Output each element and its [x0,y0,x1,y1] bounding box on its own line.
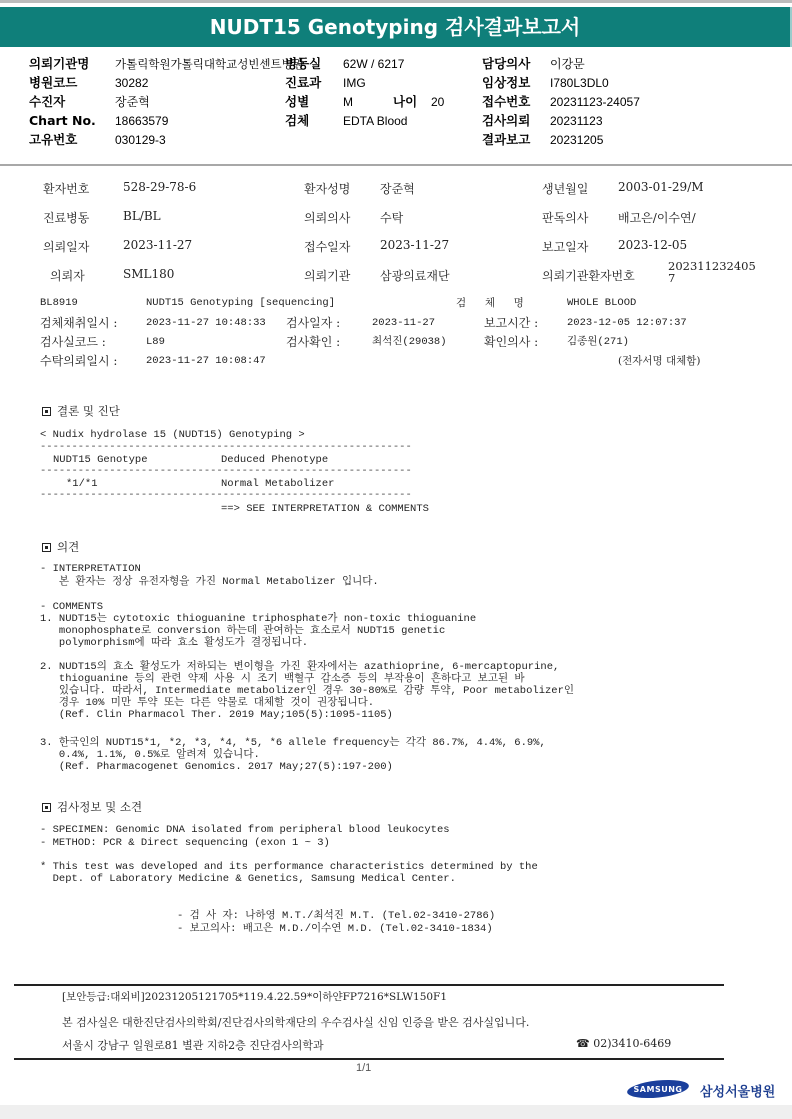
value-test-confirm: 최석진(29038) [372,336,447,348]
lab-address: 서울시 강남구 일원로81 별관 지하2층 진단검사의학과 [62,1037,324,1053]
value-examinee: 장준혁 [115,95,150,109]
esign-note: (전자서명 대체함) [618,355,701,367]
value-requesting-org: 삼광의료재단 [380,267,450,284]
phone: ☎ 02)3410-6469 [576,1037,671,1050]
value-ward-code: BL/BL [123,209,161,223]
label-ward-code: 진료병동 [43,209,89,226]
value-institution: 가톨릭학원가톨릭대학교성빈센트병원 [115,59,304,71]
value-consign-time: 2023-11-27 10:08:47 [146,355,266,367]
square-bullet-icon [42,803,51,812]
value-ward: 62W / 6217 [343,57,404,71]
dash-line: ----------------------------------------… [40,489,412,501]
label-clinical-info: 임상정보 [482,74,550,92]
samsung-logo-icon: SAMSUNG [626,1079,690,1099]
label-report-day: 보고일자 [542,238,588,255]
value-requester: SML180 [123,267,174,281]
test-code: BL8919 [40,297,78,309]
header-col1: 의뢰기관명가톨릭학원가톨릭대학교성빈센트병원 병원코드30282 수진자장준혁 … [29,55,329,150]
result-subtitle: < Nudix hydrolase 15 (NUDT15) Genotyping… [40,429,305,441]
label-ward: 병동실 [285,55,343,73]
value-receipt-no: 20231123-24057 [550,95,640,109]
value-org-patient-no: 202311232405 7 [668,260,756,284]
value-report-date: 20231205 [550,133,603,147]
test-note: * This test was developed and its perfor… [40,861,538,885]
value-confirm-doctor: 김종원(271) [567,336,629,348]
header-col3: 담당의사이강문 임상정보I780L3DL0 접수번호20231123-24057… [482,55,782,150]
value-hospital-code: 30282 [115,76,148,90]
label-examinee: 수진자 [29,93,115,111]
value-specimen-name: WHOLE BLOOD [567,297,636,309]
label-requester: 의뢰자 [50,267,85,284]
dash-line: ----------------------------------------… [40,465,412,477]
footer-top-line [14,984,724,986]
interpretation-text: 본 환자는 정상 유전자형을 가진 Normal Metabolizer 입니다… [40,576,379,588]
label-chart-no: Chart No. [29,112,115,130]
label-specimen-name: 검 체 명 [456,297,524,309]
reporter-info: - 보고의사: 배고은 M.D./이수연 M.D. (Tel.02-3410-1… [177,923,493,935]
header-divider [0,164,792,166]
section-opinion-title: 의견 [57,540,79,554]
footer-bottom-line [14,1058,724,1060]
label-confirm-doctor: 확인의사 : [484,336,538,348]
comment-1: 1. NUDT15는 cytotoxic thioguanine triphos… [40,613,476,649]
phone-number: 02)3410-6469 [593,1037,671,1050]
value-birthdate: 2003-01-29/M [618,180,704,194]
label-lab-code: 검사실코드 : [40,336,106,348]
section-result: 결론 및 진단 [42,403,120,419]
comment-3: 3. 한국인의 NUDT15*1, *2, *3, *4, *5, *6 all… [40,737,546,773]
label-patient-no: 환자번호 [43,180,89,197]
label-sex: 성별 [285,93,343,111]
value-reading-doctor: 배고은/이수연/ [618,209,696,226]
section-opinion: 의견 [42,539,79,555]
test-name: NUDT15 Genotyping [sequencing] [146,297,335,309]
value-referring-doctor: 수탁 [380,209,403,226]
label-requesting-org: 의뢰기관 [304,267,350,284]
value-clinical-info: I780L3DL0 [550,76,609,90]
value-age: 20 [431,95,444,109]
label-test-date: 검사일자 : [286,317,340,329]
value-collect-time: 2023-11-27 10:48:33 [146,317,266,329]
comments-head: - COMMENTS [40,601,103,613]
value-patient-no: 528-29-78-6 [123,180,196,194]
see-interpretation: ==> SEE INTERPRETATION & COMMENTS [221,503,429,515]
value-report-time: 2023-12-05 12:07:37 [567,317,687,329]
section-info: 검사정보 및 소견 [42,799,142,815]
label-receive-date: 접수일자 [304,238,350,255]
label-receipt-no: 접수번호 [482,93,550,111]
dash-line: ----------------------------------------… [40,441,412,453]
label-collect-time: 검체채취일시 : [40,317,117,329]
label-order-date: 의뢰일자 [43,238,89,255]
label-reading-doctor: 판독의사 [542,209,588,226]
value-department: IMG [343,76,366,90]
method-info: - METHOD: PCR & Direct sequencing (exon … [40,837,330,849]
label-birthdate: 생년월일 [542,180,588,197]
comment-2: 2. NUDT15의 효소 활성도가 저하되는 변이형을 가진 환자에서는 az… [40,661,574,721]
phone-icon: ☎ [576,1037,590,1050]
label-department: 진료과 [285,74,343,92]
label-org-patient-no: 의뢰기관환자번호 [542,267,635,284]
value-report-day: 2023-12-05 [618,238,687,252]
value-unique-no: 030129-3 [115,133,166,147]
section-info-title: 검사정보 및 소견 [57,800,142,814]
label-report-time: 보고시간 : [484,317,538,329]
label-test-confirm: 검사확인 : [286,336,340,348]
label-attending: 담당의사 [482,55,550,73]
svg-text:SAMSUNG: SAMSUNG [634,1085,683,1094]
report-title: NUDT15 Genotyping 검사결과보고서 [0,7,792,47]
header-col2: 병동실62W / 6217 진료과IMG 성별M나이20 검체EDTA Bloo… [285,55,475,131]
value-receive-date: 2023-11-27 [380,238,449,252]
label-consign-time: 수탁의뢰일시 : [40,355,117,367]
label-institution: 의뢰기관명 [29,55,115,73]
top-border [0,0,792,3]
value-patient-name: 장준혁 [380,180,415,197]
page-indicator: 1/1 [356,1062,371,1074]
tester-info: - 검 사 자: 나하영 M.T./최석진 M.T. (Tel.02-3410-… [177,910,495,922]
hospital-name: 삼성서울병원 [700,1081,775,1100]
specimen-info: - SPECIMEN: Genomic DNA isolated from pe… [40,824,450,836]
bottom-bar [0,1105,792,1119]
square-bullet-icon [42,407,51,416]
interpretation-head: - INTERPRETATION [40,563,141,575]
section-result-title: 결론 및 진단 [57,404,120,418]
label-patient-name: 환자성명 [304,180,350,197]
label-specimen: 검체 [285,112,343,130]
value-sex: M [343,93,393,111]
certification-note: 본 검사실은 대한진단검사의학회/진단검사의학재단의 우수검사실 신임 인증을 … [62,1014,529,1030]
value-request-date: 20231123 [550,114,603,128]
value-test-date: 2023-11-27 [372,317,435,329]
value-chart-no: 18663579 [115,114,168,128]
label-unique-no: 고유번호 [29,131,115,149]
label-request-date: 검사의뢰 [482,112,550,130]
value-order-date: 2023-11-27 [123,238,192,252]
label-report-date: 결과보고 [482,131,550,149]
value-specimen: EDTA Blood [343,114,407,128]
label-hospital-code: 병원코드 [29,74,115,92]
value-attending: 이강문 [550,57,585,71]
label-referring-doctor: 의뢰의사 [304,209,350,226]
square-bullet-icon [42,543,51,552]
value-lab-code: L89 [146,336,165,348]
security-stamp: [보안등급:대외비]20231205121705*119.4.22.59*이하얀… [62,989,447,1004]
label-age: 나이 [393,93,431,111]
